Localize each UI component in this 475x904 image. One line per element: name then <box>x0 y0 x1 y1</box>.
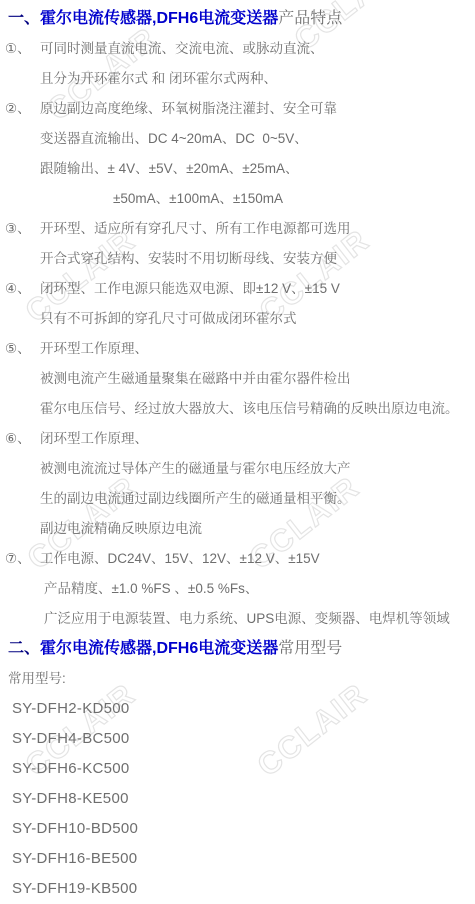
feature-text: 副边电流精确反映原边电流 <box>40 521 202 536</box>
item-marker: ⑥、 <box>0 424 40 454</box>
feature-text: 闭环型、工作电源只能选双电源、即±12 V、±15 V <box>40 281 340 296</box>
feature-text: 广泛应用于电源装置、电力系统、UPS电源、变频器、电焊机等领域 <box>44 611 450 626</box>
feature-text: 霍尔电压信号、经过放大器放大、该电压信号精确的反映出原边电流。 <box>40 401 459 416</box>
section-heading-features: 一、霍尔电流传感器,DFH6电流变送器产品特点 <box>0 4 475 34</box>
feature-continuation: 被测电流产生磁通量聚集在磁路中并由霍尔器件检出 <box>0 364 475 394</box>
section-title-rest: 常用型号 <box>278 640 342 657</box>
feature-item: ⑤、开环型工作原理、 <box>0 334 475 364</box>
model-number-text: SY-DFH16-BE500 <box>12 850 137 867</box>
model-number-text: SY-DFH10-BD500 <box>12 820 138 837</box>
feature-text: 工作电源、DC24V、15V、12V、±12 V、±15V <box>40 551 320 566</box>
feature-text: 可同时测量直流电流、交流电流、或脉动直流、 <box>40 41 324 56</box>
item-marker: ③、 <box>0 214 40 244</box>
feature-continuation: 广泛应用于电源装置、电力系统、UPS电源、变频器、电焊机等领域 <box>0 604 475 634</box>
feature-continuation: 副边电流精确反映原边电流 <box>0 514 475 544</box>
feature-item: ①、可同时测量直流电流、交流电流、或脉动直流、 <box>0 34 475 64</box>
model-number-text: SY-DFH6-KC500 <box>12 760 130 777</box>
feature-text: 只有不可拆卸的穿孔尺寸可做成闭环霍尔式 <box>40 311 297 326</box>
feature-continuation: 霍尔电压信号、经过放大器放大、该电压信号精确的反映出原边电流。 <box>0 394 475 424</box>
feature-continuation: 跟随输出、± 4V、±5V、±20mA、±25mA、 <box>0 154 475 184</box>
feature-continuation: 开合式穿孔结构、安装时不用切断母线、安装方便 <box>0 244 475 274</box>
document-content: 一、霍尔电流传感器,DFH6电流变送器产品特点 ①、可同时测量直流电流、交流电流… <box>0 0 475 904</box>
feature-continuation: 只有不可拆卸的穿孔尺寸可做成闭环霍尔式 <box>0 304 475 334</box>
section-heading-models: 二、霍尔电流传感器,DFH6电流变送器常用型号 <box>0 634 475 664</box>
feature-text: 被测电流流过导体产生的磁通量与霍尔电压经放大产 <box>40 461 351 476</box>
model-number-text: SY-DFH4-BC500 <box>12 730 130 747</box>
feature-text: 开合式穿孔结构、安装时不用切断母线、安装方便 <box>40 251 337 266</box>
item-marker: ①、 <box>0 34 40 64</box>
model-number: SY-DFH2-KD500 <box>0 694 475 724</box>
feature-text: 且分为开环霍尔式 和 闭环霍尔式两种、 <box>40 71 277 86</box>
section-title-rest: 产品特点 <box>278 10 342 27</box>
feature-text: 原边副边高度绝缘、环氧树脂浇注灌封、安全可靠 <box>40 101 337 116</box>
feature-text: 产品精度、±1.0 %FS 、±0.5 %Fs、 <box>44 581 258 596</box>
feature-continuation: 产品精度、±1.0 %FS 、±0.5 %Fs、 <box>0 574 475 604</box>
section-title-bold: 霍尔电流传感器,DFH6电流变送器 <box>40 10 278 27</box>
item-marker: ⑦、 <box>0 544 40 574</box>
feature-item: ④、闭环型、工作电源只能选双电源、即±12 V、±15 V <box>0 274 475 304</box>
model-number: SY-DFH8-KE500 <box>0 784 475 814</box>
feature-continuation: 被测电流流过导体产生的磁通量与霍尔电压经放大产 <box>0 454 475 484</box>
feature-item: ③、开环型、适应所有穿孔尺寸、所有工作电源都可选用 <box>0 214 475 244</box>
models-label-text: 常用型号: <box>8 671 66 686</box>
models-label: 常用型号: <box>0 664 475 694</box>
feature-item: ⑦、工作电源、DC24V、15V、12V、±12 V、±15V <box>0 544 475 574</box>
model-number-text: SY-DFH19-KB500 <box>12 880 137 897</box>
feature-text: ±50mA、±100mA、±150mA <box>113 191 283 206</box>
model-number: SY-DFH6-KC500 <box>0 754 475 784</box>
feature-text: 被测电流产生磁通量聚集在磁路中并由霍尔器件检出 <box>40 371 351 386</box>
item-marker: ②、 <box>0 94 40 124</box>
feature-text: 变送器直流输出、DC 4~20mA、DC 0~5V、 <box>40 131 308 146</box>
feature-text: 跟随输出、± 4V、±5V、±20mA、±25mA、 <box>40 161 298 176</box>
feature-continuation: 且分为开环霍尔式 和 闭环霍尔式两种、 <box>0 64 475 94</box>
section-number: 二、 <box>8 640 40 657</box>
feature-continuation: ±50mA、±100mA、±150mA <box>0 184 475 214</box>
section-number: 一、 <box>8 10 40 27</box>
model-number-text: SY-DFH8-KE500 <box>12 790 129 807</box>
feature-text: 生的副边电流通过副边线圈所产生的磁通量相平衡。 <box>40 491 351 506</box>
feature-item: ⑥、闭环型工作原理、 <box>0 424 475 454</box>
model-number: SY-DFH16-BE500 <box>0 844 475 874</box>
feature-continuation: 生的副边电流通过副边线圈所产生的磁通量相平衡。 <box>0 484 475 514</box>
feature-text: 闭环型工作原理、 <box>40 431 148 446</box>
model-number: SY-DFH10-BD500 <box>0 814 475 844</box>
feature-item: ②、原边副边高度绝缘、环氧树脂浇注灌封、安全可靠 <box>0 94 475 124</box>
section-title-bold: 霍尔电流传感器,DFH6电流变送器 <box>40 640 278 657</box>
model-number: SY-DFH4-BC500 <box>0 724 475 754</box>
feature-continuation: 变送器直流输出、DC 4~20mA、DC 0~5V、 <box>0 124 475 154</box>
item-marker: ⑤、 <box>0 334 40 364</box>
model-number-text: SY-DFH2-KD500 <box>12 700 130 717</box>
feature-text: 开环型、适应所有穿孔尺寸、所有工作电源都可选用 <box>40 221 351 236</box>
document-page: CCLAIR CCLAIR CCLAIR CCLAIR CCLAIR CCLAI… <box>0 0 475 904</box>
model-number: SY-DFH19-KB500 <box>0 874 475 904</box>
feature-text: 开环型工作原理、 <box>40 341 148 356</box>
item-marker: ④、 <box>0 274 40 304</box>
